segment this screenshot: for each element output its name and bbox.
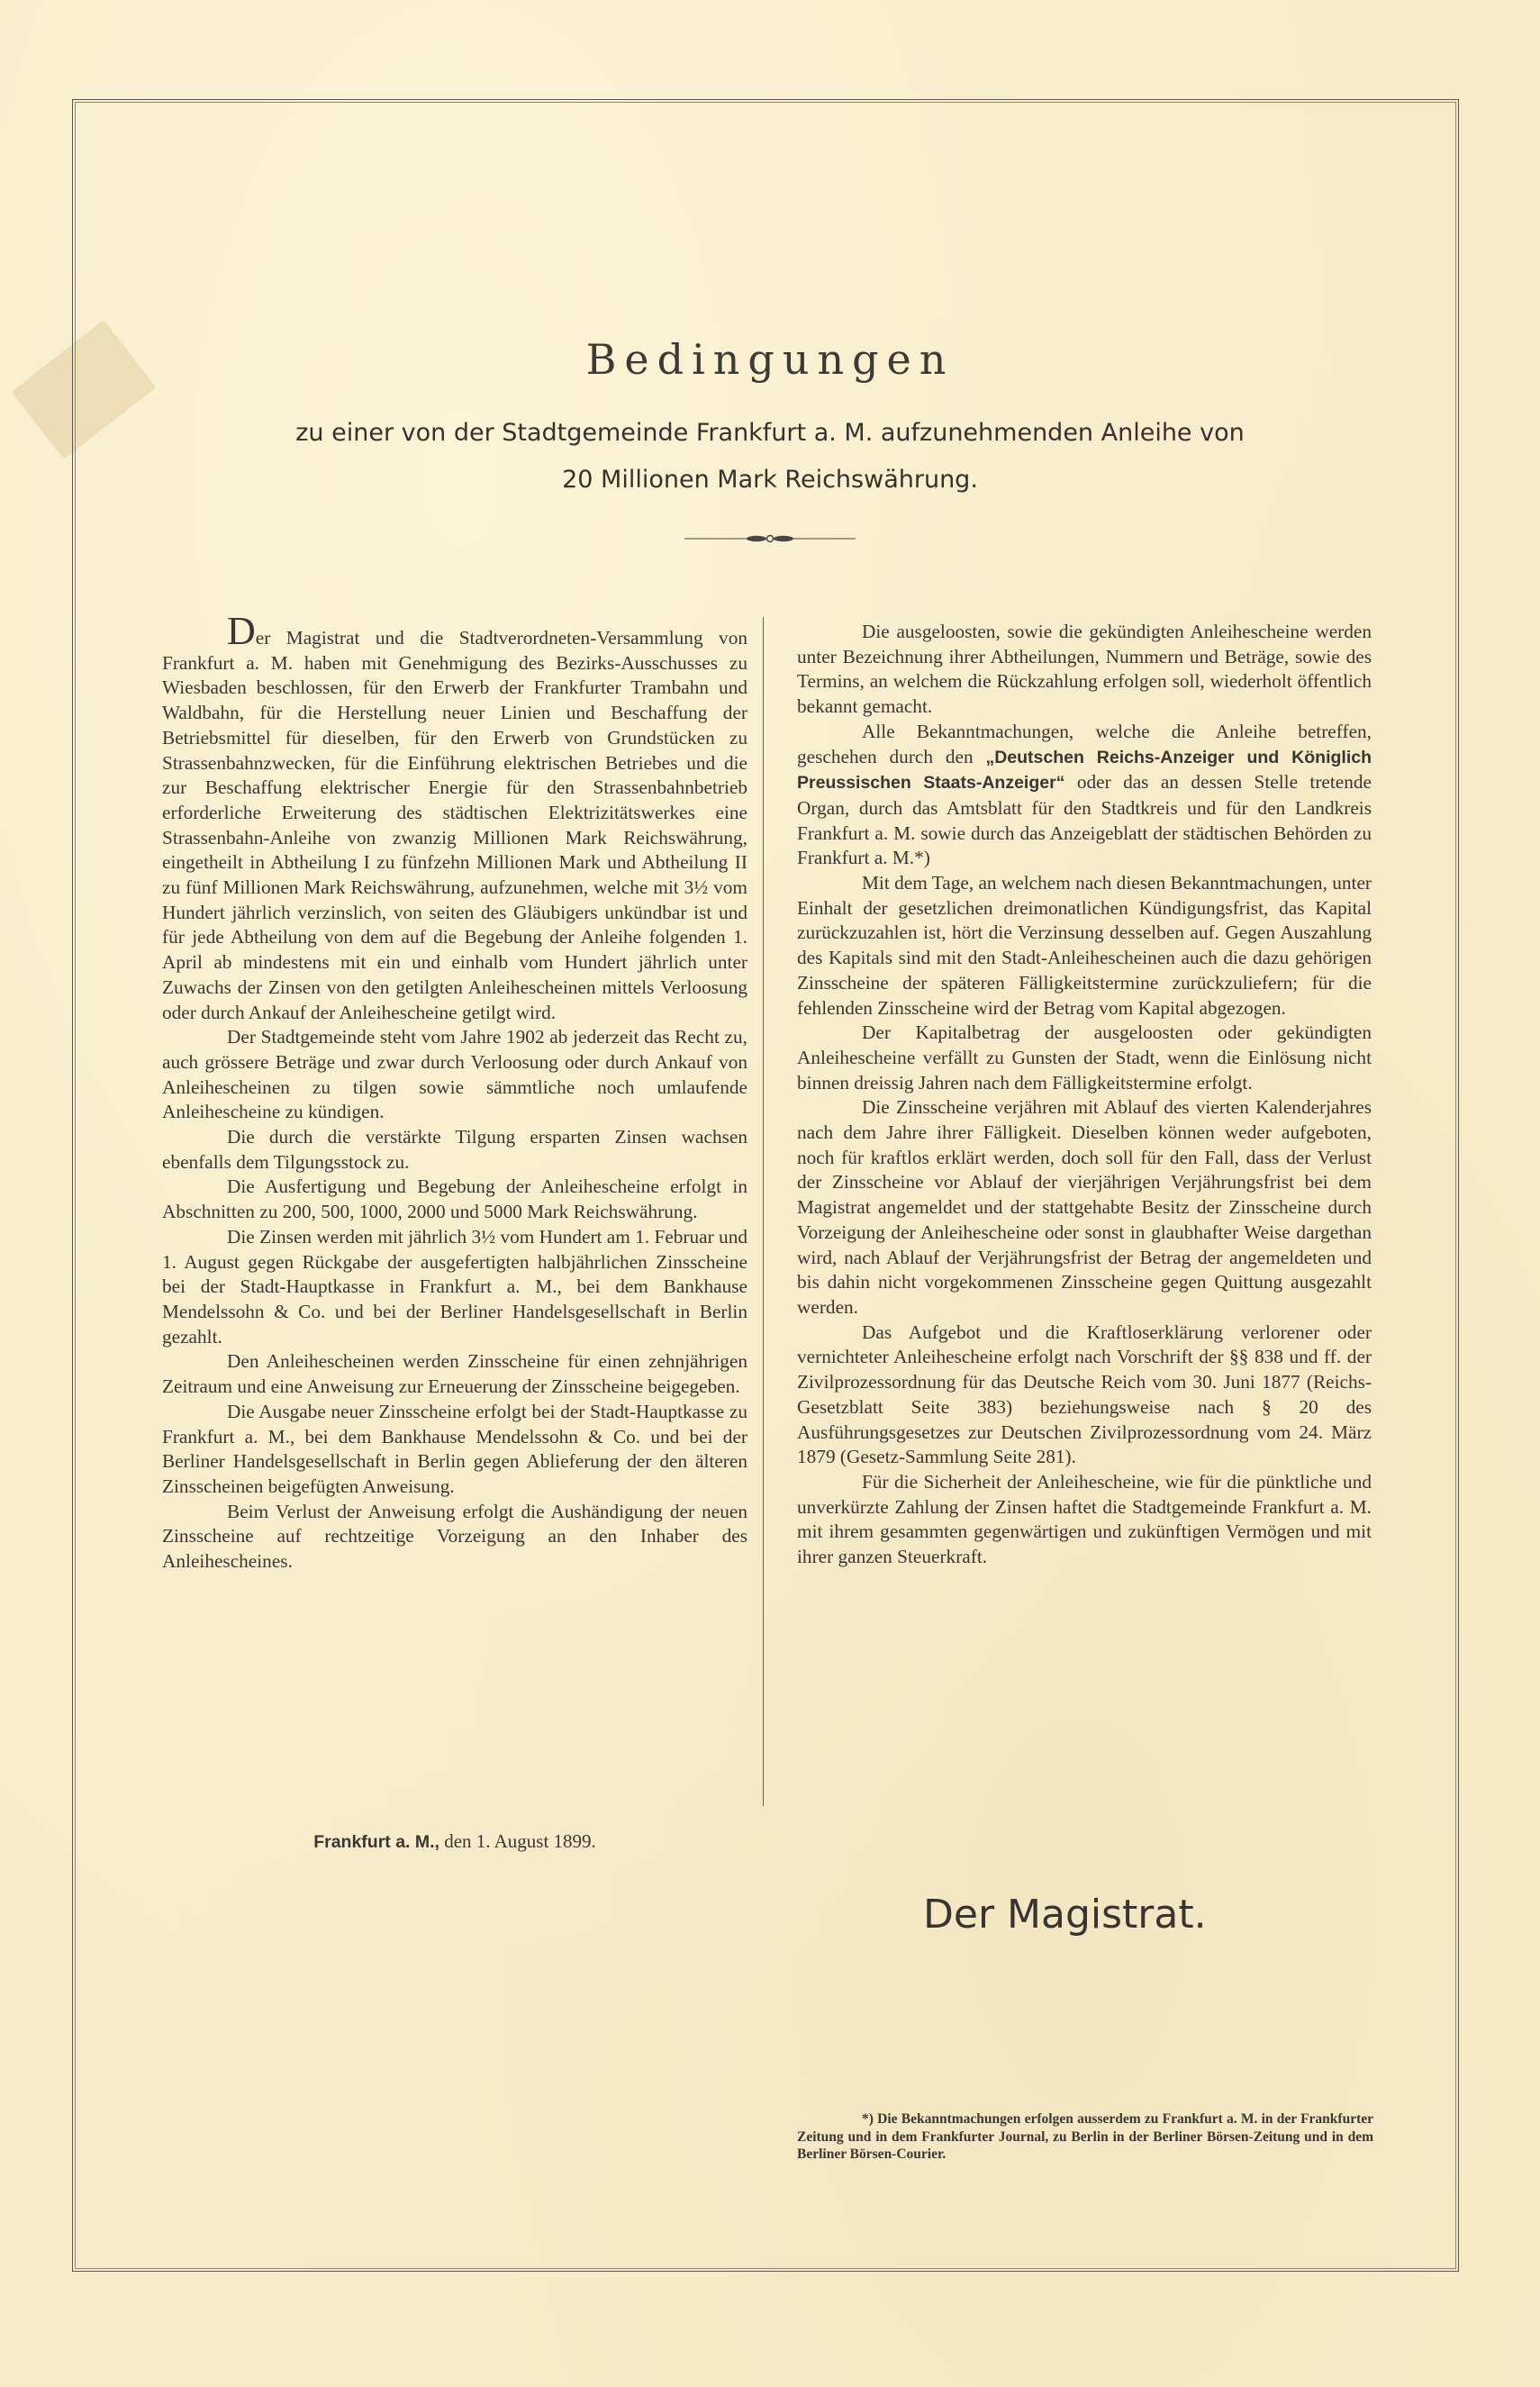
signature: Der Magistrat. bbox=[923, 1892, 1207, 1938]
paragraph: Beim Verlust der Anweisung erfolgt die A… bbox=[162, 1500, 747, 1575]
document-subtitle: zu einer von der Stadtgemeinde Frankfurt… bbox=[180, 410, 1360, 504]
drop-cap: D bbox=[162, 609, 256, 653]
place: Frankfurt a. M., bbox=[313, 1832, 439, 1852]
paragraph: Alle Bekanntmachungen, welche die Anleih… bbox=[797, 720, 1372, 871]
paragraph: Die Zinsscheine verjähren mit Ablauf des… bbox=[797, 1095, 1372, 1320]
paragraph: Die Ausgabe neuer Zinsscheine erfolgt be… bbox=[162, 1400, 747, 1500]
paragraph: Der Kapitalbetrag der ausgeloosten oder … bbox=[797, 1021, 1372, 1095]
subtitle-line-2: 20 Millionen Mark Reichswährung. bbox=[180, 457, 1360, 504]
flourish-divider-icon bbox=[684, 531, 856, 546]
right-column: Die ausgeloosten, sowie die gekündigten … bbox=[797, 620, 1372, 1570]
paragraph: Für die Sicherheit der Anleihescheine, w… bbox=[797, 1470, 1372, 1570]
paragraph: Der Stadtgemeinde steht vom Jahre 1902 a… bbox=[162, 1025, 747, 1125]
date: den 1. August 1899. bbox=[439, 1830, 596, 1852]
footnote: *) Die Bekanntmachungen erfolgen ausserd… bbox=[797, 2110, 1373, 2164]
left-column: Der Magistrat und die Stadtverordneten-V… bbox=[162, 620, 747, 1575]
column-divider bbox=[763, 617, 764, 1806]
subtitle-line-1: zu einer von der Stadtgemeinde Frankfurt… bbox=[180, 410, 1360, 457]
document-title: Bedingungen bbox=[0, 335, 1540, 384]
place-and-date: Frankfurt a. M., den 1. August 1899. bbox=[162, 1830, 747, 1853]
paragraph: Die Zinsen werden mit jährlich 3½ vom Hu… bbox=[162, 1225, 747, 1350]
paragraph: Den Anleihescheinen werden Zinsscheine f… bbox=[162, 1349, 747, 1399]
paragraph: Die Ausfertigung und Begebung der Anleih… bbox=[162, 1175, 747, 1224]
paragraph: Das Aufgebot und die Kraftloserklärung v… bbox=[797, 1321, 1372, 1470]
paragraph: Die ausgeloosten, sowie die gekündigten … bbox=[797, 620, 1372, 720]
paragraph: Mit dem Tage, an welchem nach diesen Bek… bbox=[797, 871, 1372, 1021]
paragraph: Der Magistrat und die Stadtverordneten-V… bbox=[162, 620, 747, 1025]
paragraph: Die durch die verstärkte Tilgung erspart… bbox=[162, 1125, 747, 1175]
